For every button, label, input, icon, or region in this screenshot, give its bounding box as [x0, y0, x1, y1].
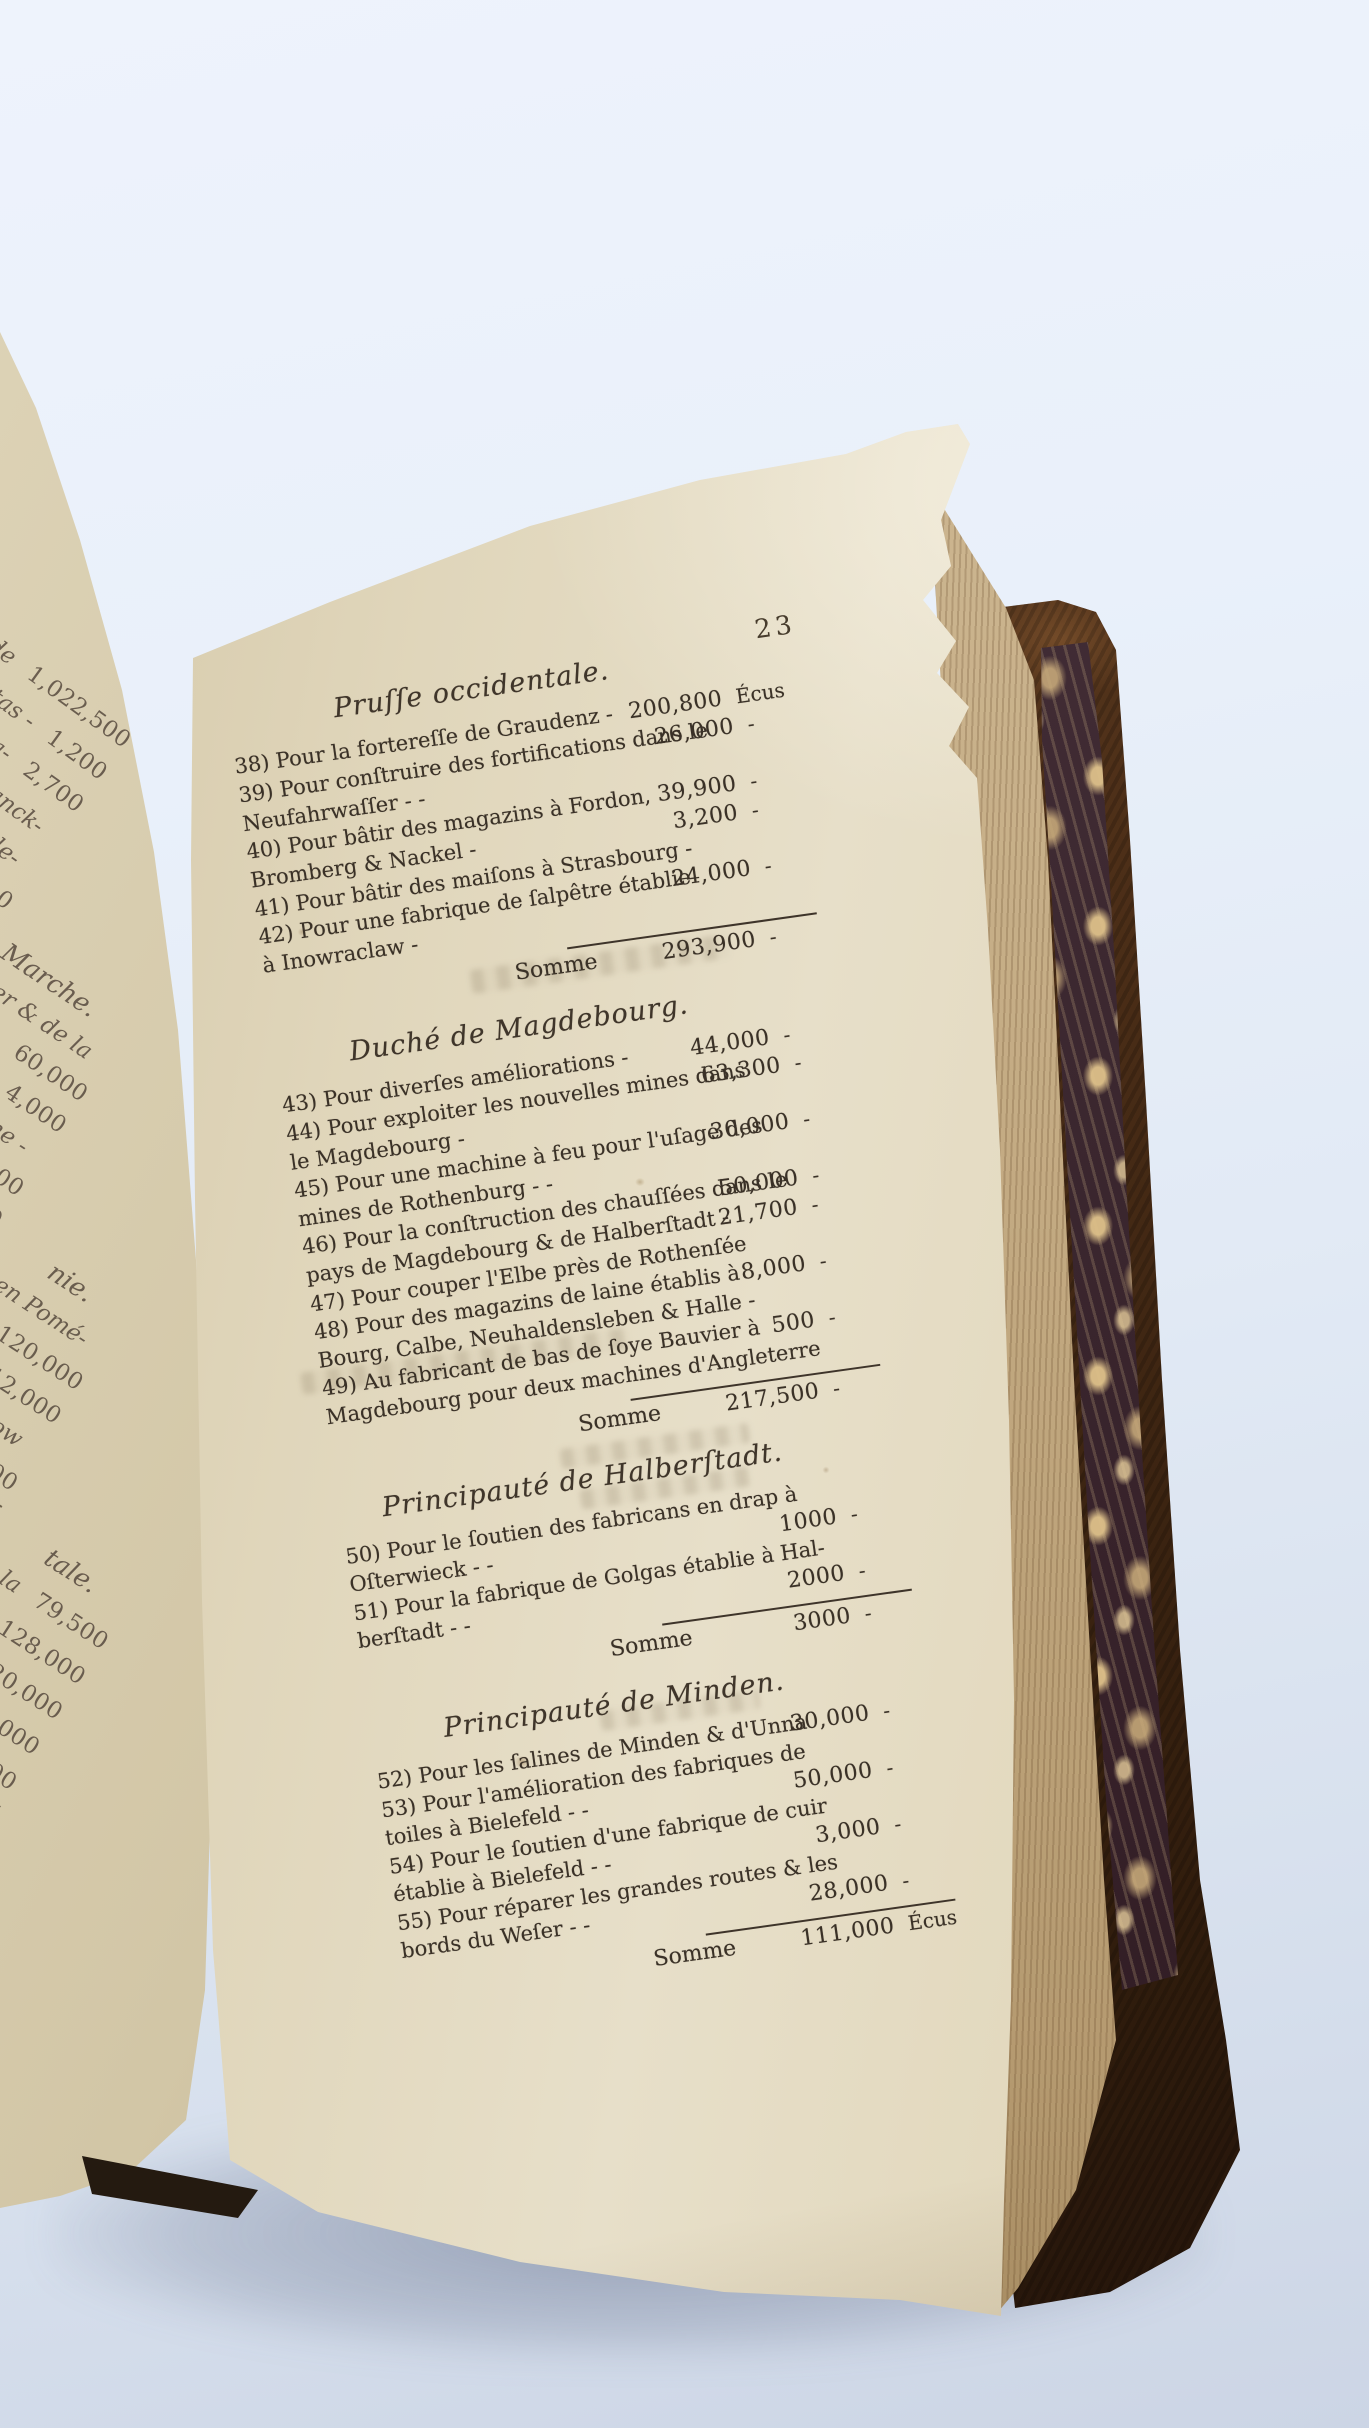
photo-of-open-book: { "colors":{ "ink":"#3a3127", "paper_rig…: [0, 0, 1369, 2428]
entry-unit: [850, 1543, 909, 1551]
somme-value: 217,500: [706, 1378, 821, 1421]
somme-value: 3000: [738, 1602, 853, 1645]
somme-label: Somme: [513, 948, 599, 987]
fragment-text: d'une fabrique de: [0, 523, 25, 676]
entry-unit: [751, 895, 818, 904]
entry-unit: [824, 1346, 882, 1354]
somme-value: 293,900: [643, 926, 758, 969]
somme-label: Somme: [577, 1400, 663, 1439]
left-page-fragment-group: d'une fabrique de1,022,500fabrique de ta…: [0, 480, 140, 961]
somme-label: Somme: [608, 1625, 694, 1664]
somme-label: Somme: [652, 1935, 738, 1974]
entry-amount: [640, 904, 751, 920]
